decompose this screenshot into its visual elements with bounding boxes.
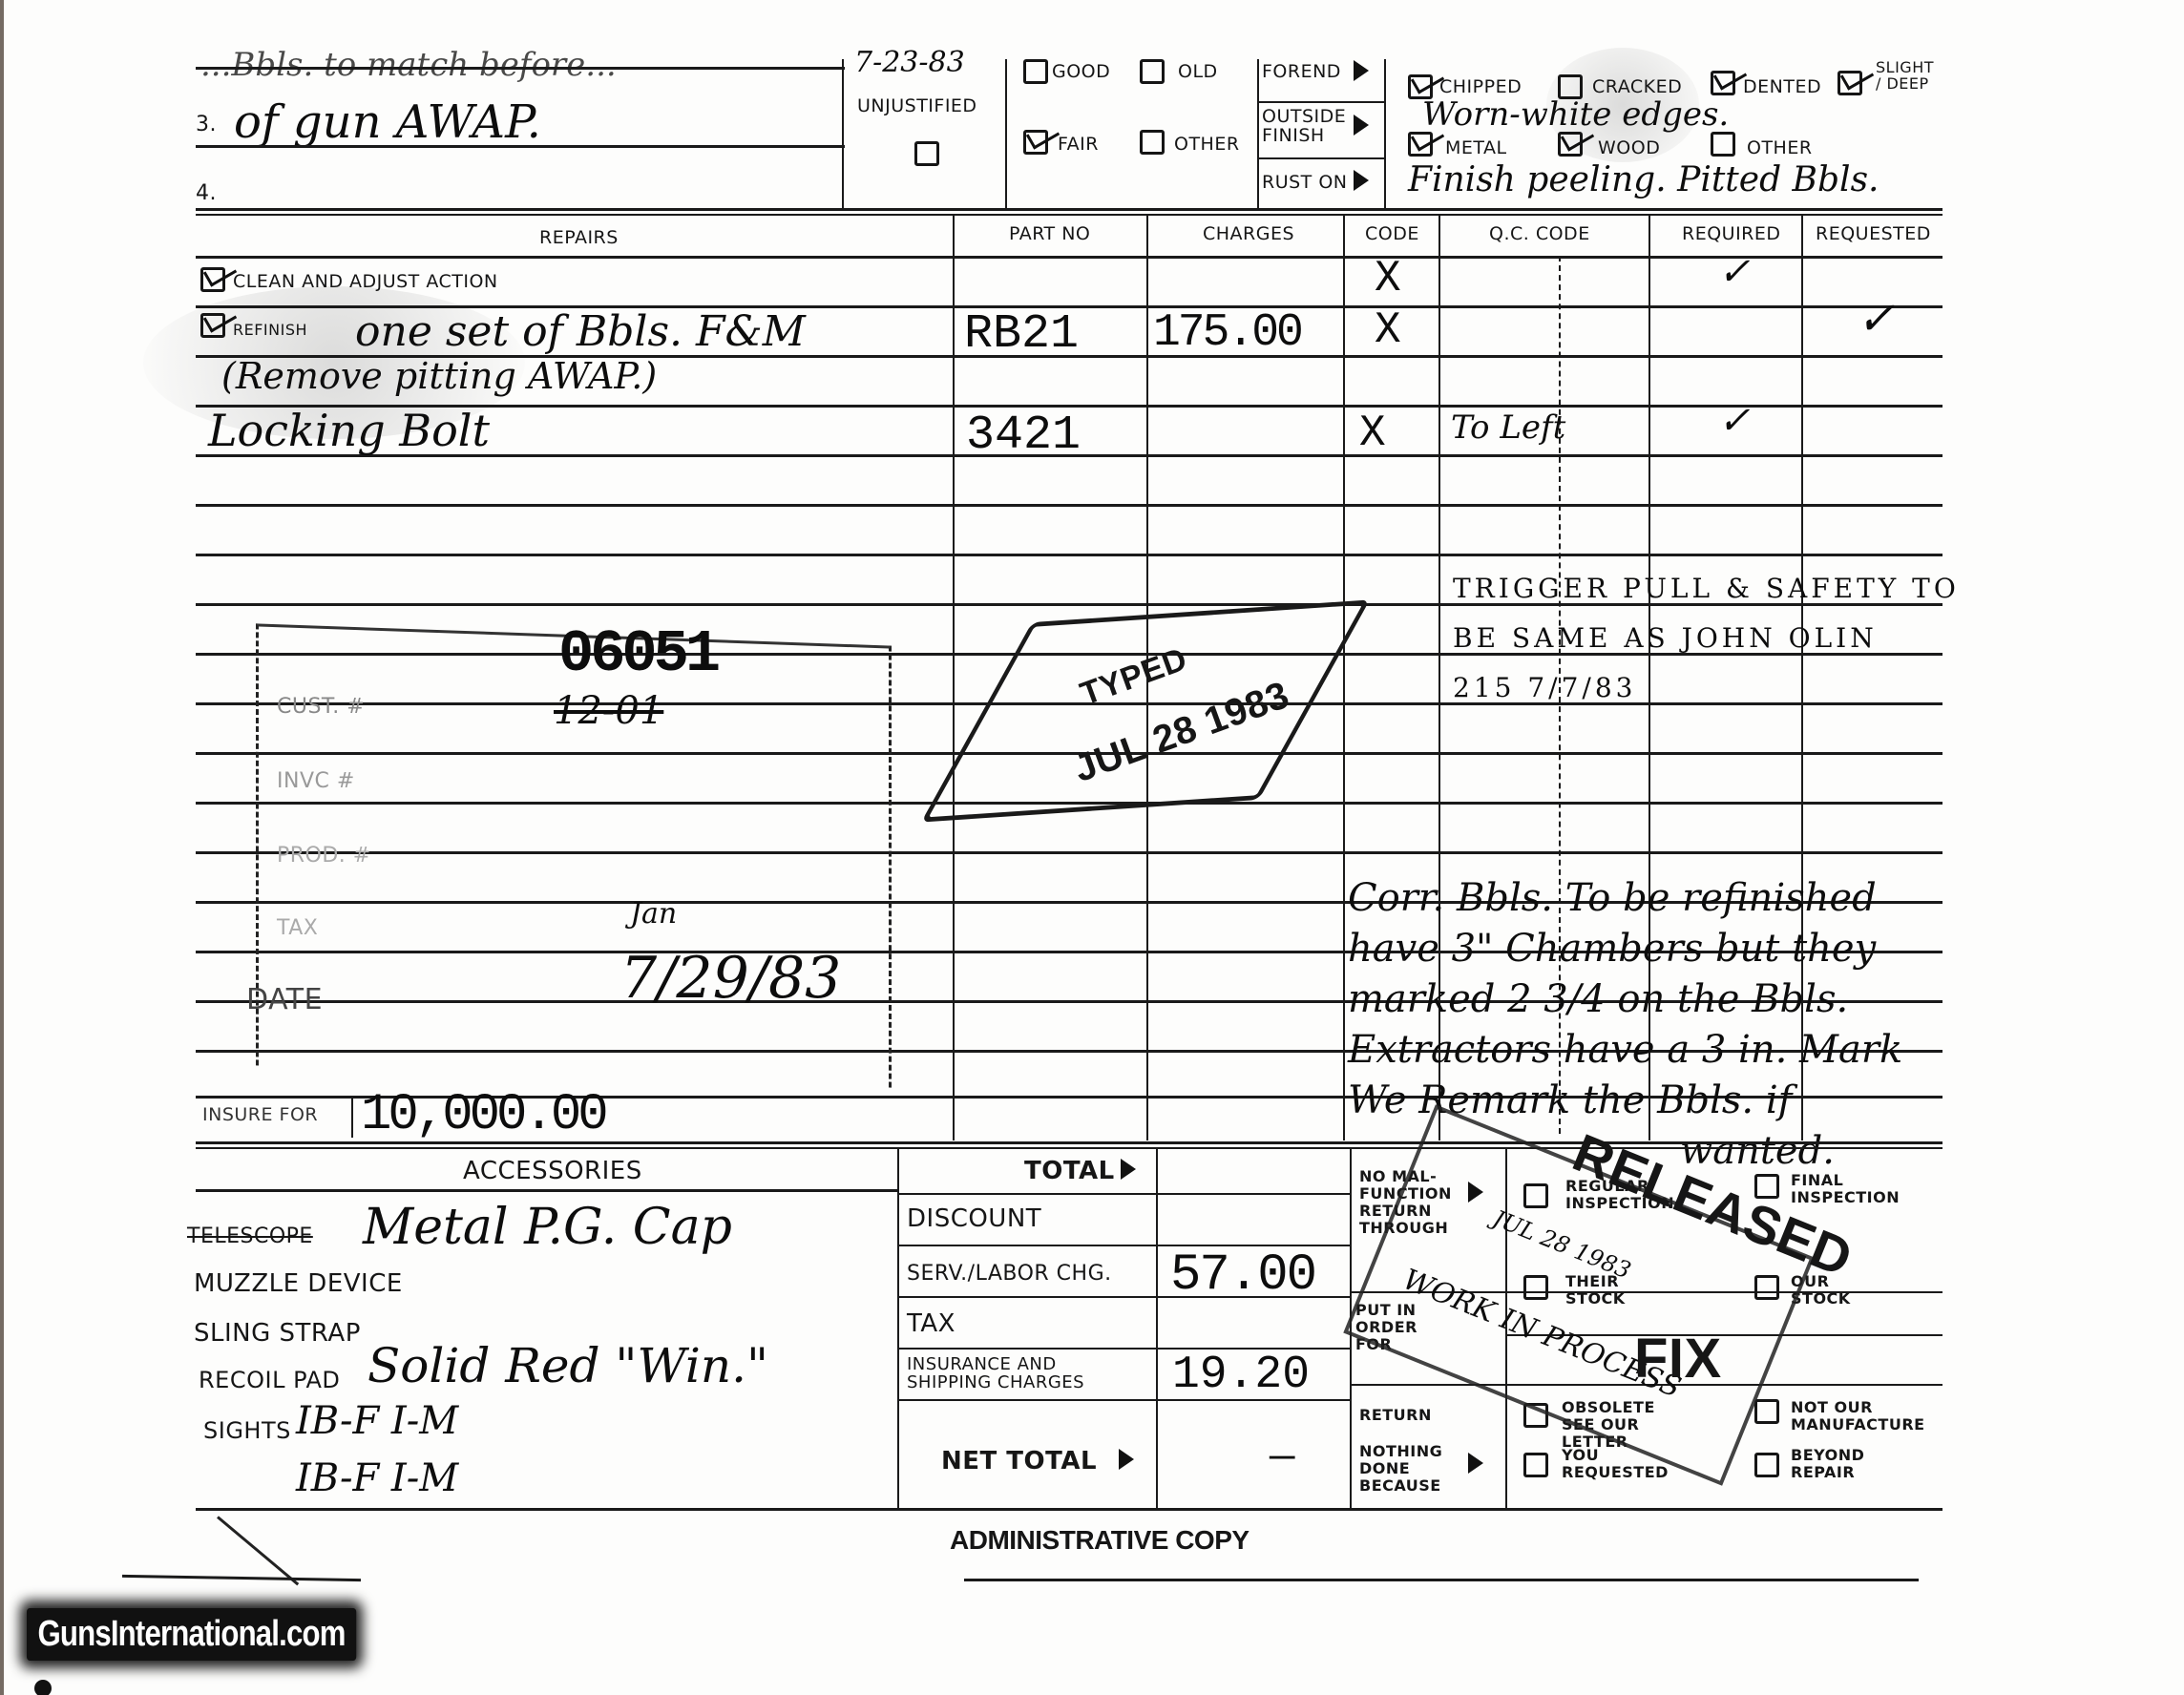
- net-total-value: —: [1270, 1433, 1294, 1481]
- rule: [897, 1193, 1350, 1195]
- outside-finish-label: OUTSIDE FINISH: [1262, 107, 1348, 145]
- note-right-line: TRIGGER PULL & SAFETY TO: [1453, 573, 1960, 604]
- note-right-line: BE SAME AS JOHN OLIN: [1453, 622, 1878, 654]
- invc-label: INVC #: [277, 769, 355, 793]
- row4-text: Locking Bolt: [208, 405, 490, 456]
- condition-fair-checkbox[interactable]: [1023, 130, 1048, 155]
- header-requested: REQUESTED: [1816, 223, 1931, 244]
- rule: [196, 1141, 1942, 1144]
- row4-part-no: 3421: [966, 408, 1081, 463]
- accessories-header: ACCESSORIES: [463, 1157, 642, 1185]
- accessory-sling-label: SLING STRAP: [194, 1319, 361, 1348]
- rule: [196, 1189, 897, 1192]
- divider: [1005, 59, 1007, 210]
- divider: [1257, 59, 1259, 210]
- row4-code: X: [1359, 408, 1386, 458]
- forend-chipped-label: CHIPPED: [1439, 76, 1522, 97]
- condition-other-checkbox[interactable]: [1140, 130, 1165, 155]
- arrow-right-icon: [1468, 1453, 1483, 1474]
- header-part-no: PART NO: [1009, 223, 1090, 244]
- rule: [196, 67, 845, 70]
- arrow-right-icon: [1354, 60, 1369, 81]
- rule: [196, 214, 1942, 216]
- note-lower-line: Corr. Bbls. To be refinished: [1348, 876, 1877, 920]
- cust-label: CUST. #: [277, 695, 365, 719]
- condition-old-label: OLD: [1178, 61, 1218, 82]
- divider: [1156, 1147, 1158, 1508]
- fix-stamp-text: FIX: [1634, 1327, 1722, 1391]
- net-total-label: NET TOTAL: [941, 1447, 1097, 1475]
- stamp-tax-label: TAX: [277, 916, 318, 940]
- line2-partial: ...Bbls. to match before...: [200, 46, 617, 84]
- note-lower-line: Extractors have a 3 in. Mark: [1348, 1028, 1902, 1072]
- note-lower-line: marked 2 3/4 on the Bbls.: [1348, 977, 1848, 1021]
- not-our-manufacture-checkbox[interactable]: [1754, 1399, 1779, 1424]
- stamp-number: 06051: [558, 620, 717, 688]
- refinish-label: REFINISH: [233, 321, 307, 339]
- line2-right: 7-23-83: [854, 46, 965, 79]
- not-our-manufacture-label: NOT OUR MANUFACTURE: [1791, 1399, 1924, 1433]
- watermark-logo: GunsInternational.com: [27, 1608, 356, 1661]
- header-charges: CHARGES: [1203, 223, 1294, 244]
- outside-wood-checkbox[interactable]: [1558, 132, 1583, 157]
- rule: [964, 1579, 1919, 1581]
- outside-wood-label: WOOD: [1598, 137, 1660, 158]
- forend-cracked-label: CRACKED: [1592, 76, 1682, 97]
- row4-required: ✓: [1718, 399, 1751, 443]
- accessory-recoil-value: Solid Red "Win.": [367, 1338, 768, 1393]
- discount-label: DISCOUNT: [907, 1204, 1041, 1233]
- note-lower-line: wanted.: [1680, 1129, 1835, 1173]
- line4-number: 4.: [196, 181, 217, 205]
- you-requested-checkbox[interactable]: [1523, 1453, 1548, 1477]
- row2-code: X: [1375, 305, 1401, 355]
- accessory-muzzle-label: MUZZLE DEVICE: [194, 1269, 403, 1298]
- final-inspection-label: FINAL INSPECTION: [1791, 1172, 1905, 1206]
- header-code: CODE: [1365, 223, 1419, 244]
- forend-slight-deep-label: SLIGHT / DEEP: [1876, 59, 1933, 92]
- clean-adjust-label: CLEAN AND ADJUST ACTION: [233, 271, 498, 292]
- condition-good-label: GOOD: [1052, 61, 1110, 82]
- header-required: REQUIRED: [1682, 223, 1781, 244]
- forend-label: FOREND: [1262, 61, 1341, 82]
- forend-dented-checkbox[interactable]: [1711, 71, 1735, 95]
- outside-other-label: OTHER: [1747, 137, 1813, 158]
- rule: [196, 145, 845, 148]
- scan-mark: [217, 1516, 299, 1585]
- row1-code: X: [1375, 254, 1401, 303]
- unjustified-label: UNJUSTIFIED: [857, 95, 977, 116]
- condition-old-checkbox[interactable]: [1140, 59, 1165, 84]
- divider: [351, 1096, 353, 1138]
- table-row-rule: [196, 256, 1942, 259]
- rule: [196, 1147, 1942, 1149]
- line3-text: of gun AWAP.: [234, 95, 541, 149]
- outside-metal-checkbox[interactable]: [1408, 132, 1433, 157]
- note-lower-line: We Remark the Bbls. if: [1348, 1078, 1792, 1122]
- forend-dented-label: DENTED: [1743, 76, 1821, 97]
- nothing-done-label: NOTHING DONE BECAUSE: [1359, 1443, 1455, 1495]
- prod-label: PROD. #: [277, 844, 371, 868]
- row2-text: one set of Bbls. F&M: [355, 307, 806, 356]
- rule: [196, 1508, 1942, 1511]
- date-value: 7/29/83: [620, 945, 841, 1012]
- accessory-telescope-value: Metal P.G. Cap: [363, 1199, 732, 1256]
- divider: [842, 59, 844, 210]
- total-label: TOTAL: [1024, 1157, 1115, 1185]
- stamp-tax-value: Jan: [630, 897, 677, 931]
- row3-text: (Remove pitting AWAP.): [221, 355, 657, 397]
- divider: [897, 1147, 899, 1508]
- table-row-rule: [196, 504, 1942, 507]
- note-lower-line: have 3" Chambers but they: [1348, 927, 1876, 971]
- accessory-telescope-label: TELESCOPE: [187, 1224, 313, 1248]
- rule: [122, 1575, 361, 1581]
- forend-slight-deep-checkbox[interactable]: [1837, 71, 1862, 95]
- arrow-right-icon: [1119, 1449, 1134, 1470]
- clean-adjust-checkbox[interactable]: [200, 267, 225, 292]
- insure-value: 10,000.00: [361, 1086, 605, 1144]
- accessory-sights-label: SIGHTS: [203, 1417, 291, 1444]
- rule: [1257, 157, 1384, 159]
- accessory-recoil-label: RECOIL PAD: [199, 1367, 340, 1393]
- administrative-copy-label: ADMINISTRATIVE COPY: [950, 1525, 1249, 1556]
- scan-edge: [0, 0, 4, 1695]
- accessory-sights-value: IB-F I-M: [296, 1399, 458, 1443]
- table-row-rule: [196, 554, 1942, 556]
- header-qc-code: Q.C. CODE: [1489, 223, 1590, 244]
- unjustified-checkbox[interactable]: [914, 141, 939, 166]
- arrow-right-icon: [1354, 115, 1369, 136]
- note-right-line: 215 7/7/83: [1453, 672, 1636, 703]
- beyond-repair-checkbox[interactable]: [1754, 1453, 1779, 1477]
- insurance-value: 19.20: [1172, 1350, 1310, 1401]
- divider: [1384, 59, 1386, 210]
- rust-on-label: RUST ON: [1262, 172, 1347, 193]
- cust-value: 12-01: [554, 689, 663, 733]
- row2-requested: ✓: [1857, 292, 1895, 345]
- beyond-repair-label: BEYOND REPAIR: [1791, 1447, 1886, 1481]
- scan-dot: [34, 1680, 52, 1695]
- serv-label: SERV./LABOR CHG.: [907, 1262, 1112, 1286]
- tax-label: TAX: [907, 1309, 955, 1338]
- arrow-right-icon: [1354, 170, 1369, 191]
- row2-charges: 175.00: [1153, 307, 1301, 359]
- condition-good-checkbox[interactable]: [1023, 59, 1048, 84]
- typed-stamp: [921, 599, 1370, 822]
- row2-part-no: RB21: [964, 307, 1079, 362]
- row4-qc-code: To Left: [1451, 408, 1565, 447]
- line3-number: 3.: [196, 113, 217, 136]
- insurance-label: INSURANCE AND SHIPPING CHARGES: [907, 1355, 1088, 1392]
- insure-label: INSURE FOR: [202, 1104, 318, 1125]
- row1-required: ✓: [1718, 250, 1751, 294]
- date-label: DATE: [246, 983, 323, 1016]
- rust-note: Finish peeling. Pitted Bbls.: [1408, 160, 1879, 199]
- arrow-right-icon: [1121, 1159, 1136, 1180]
- header-repairs: REPAIRS: [539, 227, 619, 248]
- outside-metal-label: METAL: [1445, 137, 1507, 158]
- rule: [1257, 101, 1384, 103]
- return-label: RETURN: [1359, 1407, 1432, 1424]
- refinish-checkbox[interactable]: [200, 313, 225, 338]
- rule: [897, 1296, 1350, 1298]
- rule: [897, 1399, 1350, 1401]
- outside-other-checkbox[interactable]: [1711, 132, 1735, 157]
- condition-fair-label: FAIR: [1058, 134, 1099, 155]
- accessory-sights-value-2: IB-F I-M: [296, 1456, 458, 1500]
- condition-other-label: OTHER: [1174, 134, 1240, 155]
- rule: [196, 208, 1942, 211]
